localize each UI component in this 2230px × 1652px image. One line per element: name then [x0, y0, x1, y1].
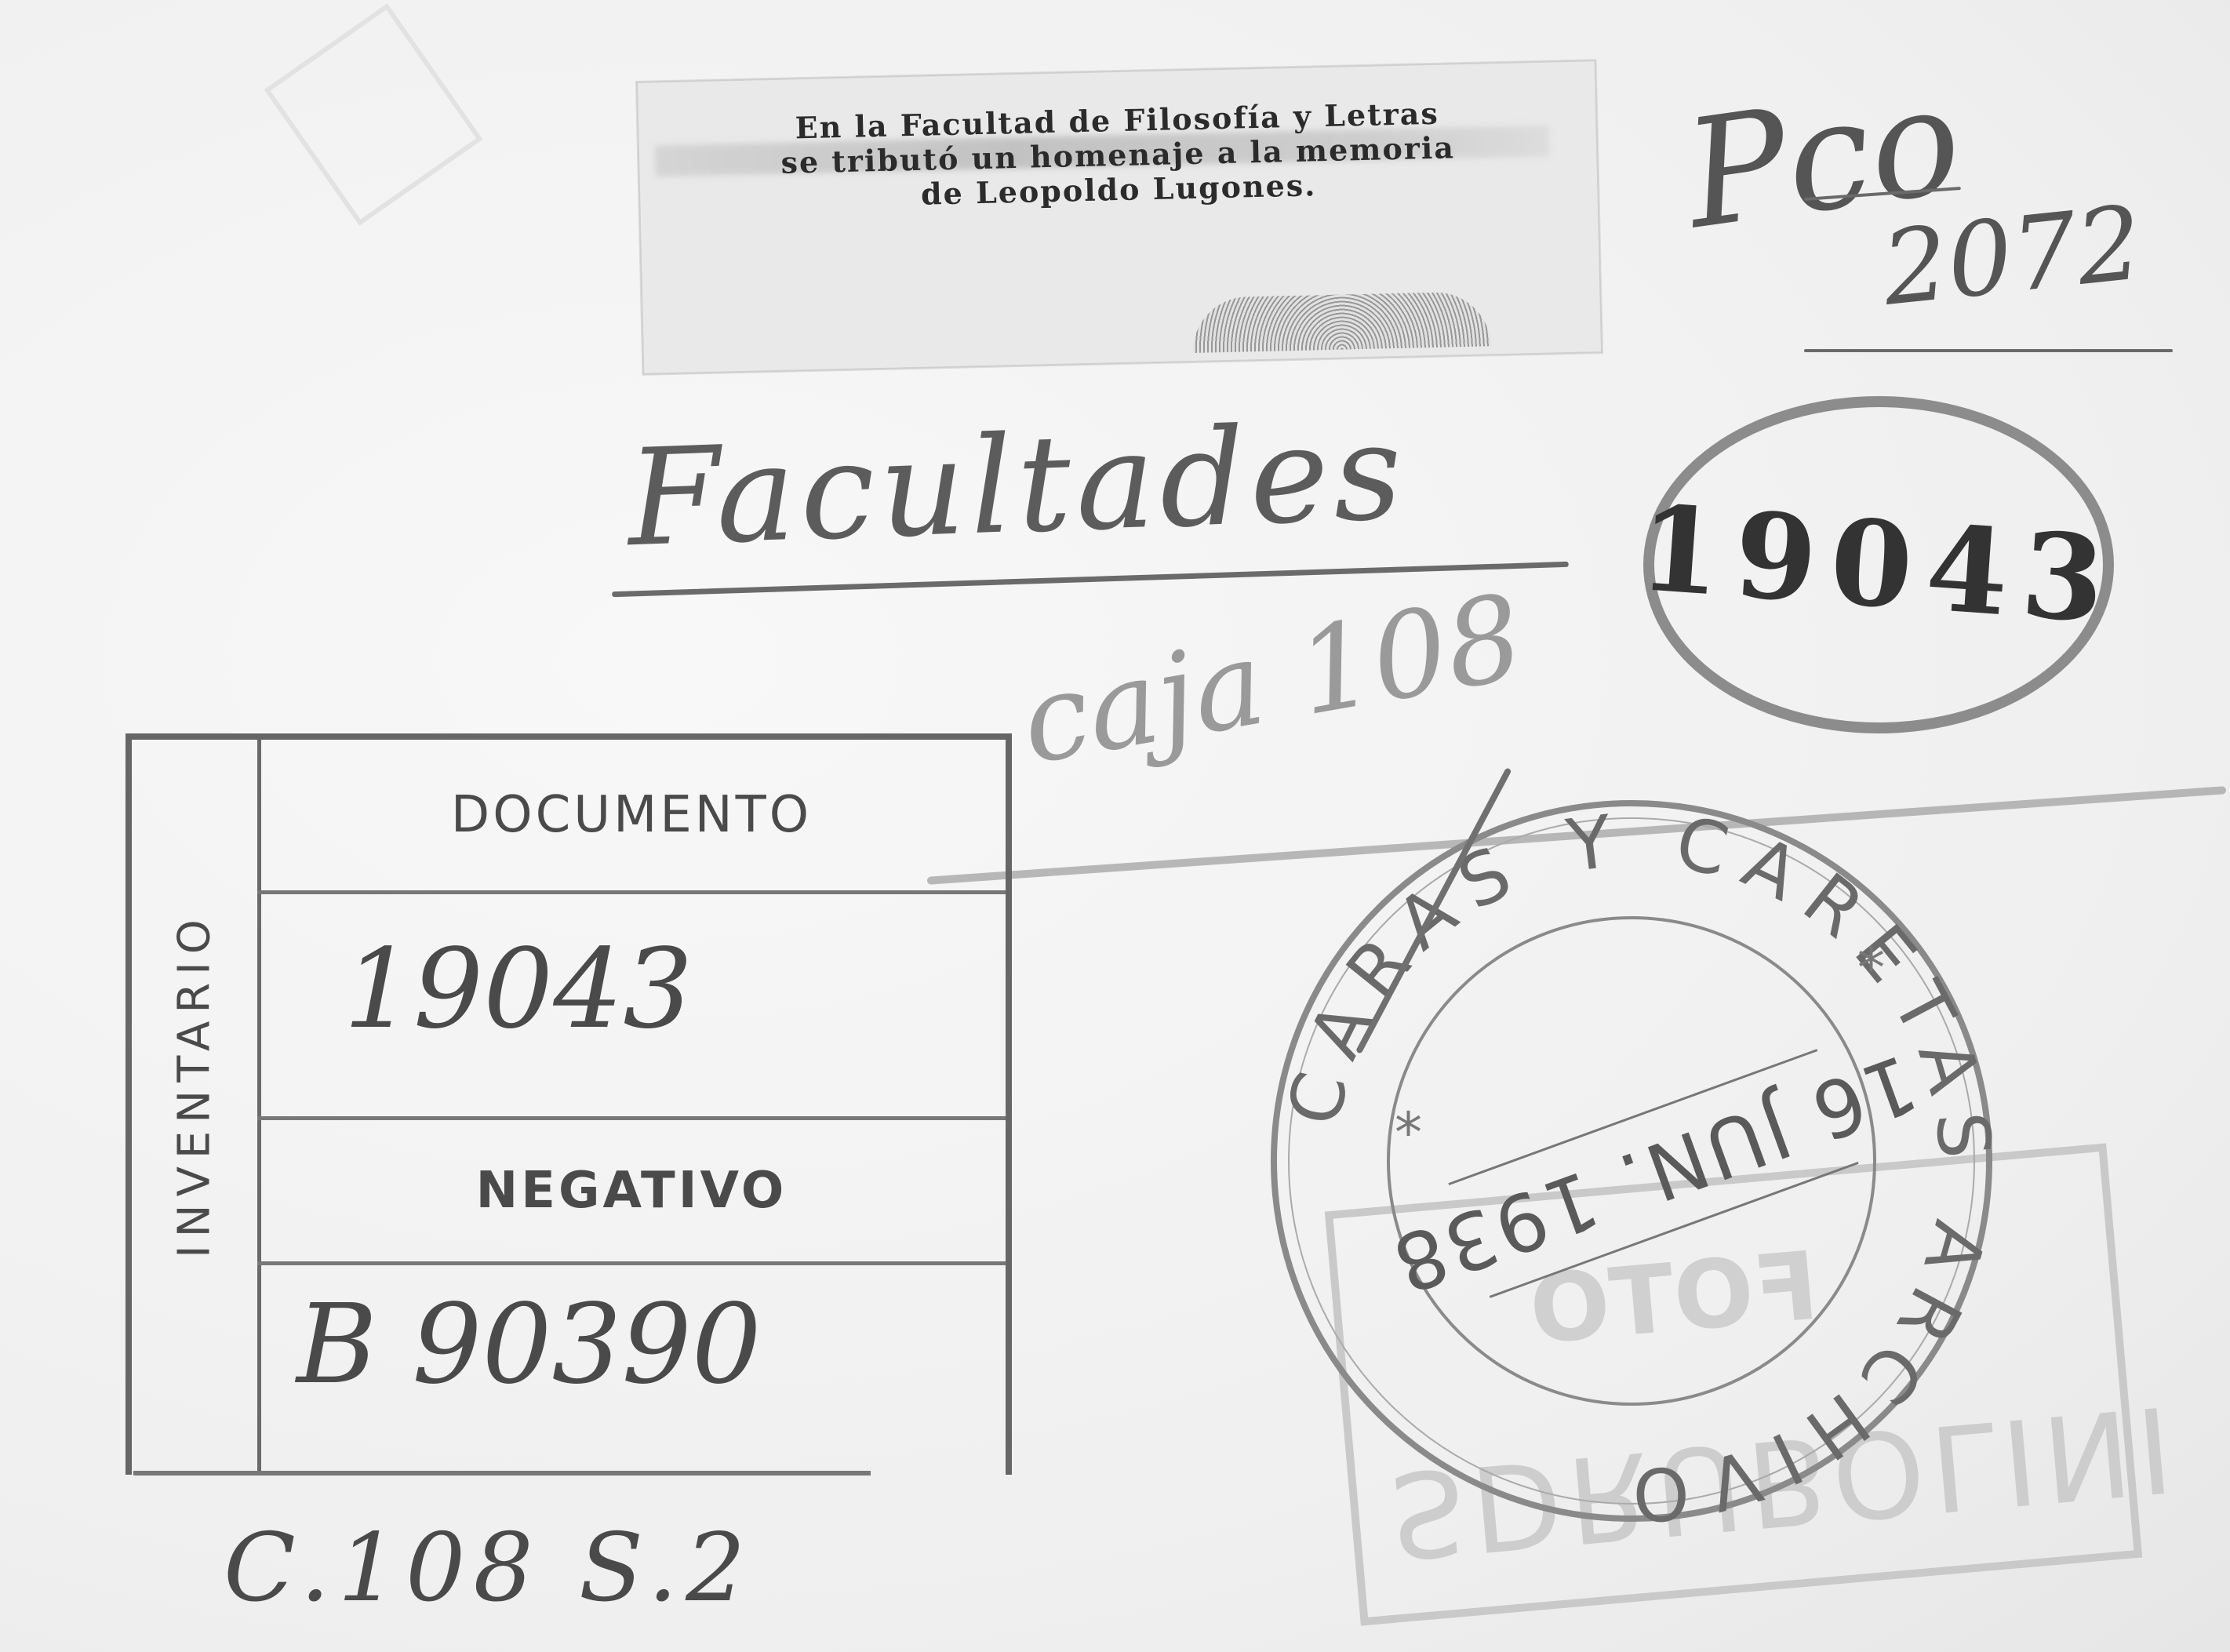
document-label: DOCUMENTO [257, 740, 1006, 890]
asterisk-icon: * [1395, 1101, 1422, 1165]
handwritten-category: Facultades [625, 395, 1409, 577]
inventory-bottom-line [133, 1471, 871, 1476]
negative-label: NEGATIVO [257, 1120, 1006, 1261]
document-value-row: 19043 [257, 894, 1006, 1120]
document-value: 19043 [344, 926, 693, 1053]
halftone-photo-fragment [1191, 291, 1490, 353]
inventory-side-column: INVENTARIO [132, 740, 261, 1475]
handwritten-location-code: C.108 S.2 [224, 1514, 753, 1623]
ref-number-underline [1804, 349, 2173, 352]
newspaper-clipping: En la Facultad de Filosofía y Letras se … [636, 60, 1602, 375]
archive-date-stamp: CARAS Y CARETAS ARCHIVO * * 16 JUN. 1938 [1271, 800, 1992, 1522]
oval-number-stamp: 19043 [1643, 396, 2114, 733]
inventory-stamp: INVENTARIO DOCUMENTO 19043 NEGATIVO B 90… [126, 733, 1012, 1475]
negative-header-row: NEGATIVO [257, 1120, 1006, 1265]
clipping-text: En la Facultad de Filosofía y Letras se … [638, 93, 1598, 218]
oval-stamp-number: 19043 [1635, 479, 2123, 650]
negative-value: B 90390 [296, 1281, 762, 1409]
inventory-side-label: INVENTARIO [169, 912, 220, 1258]
document-header-row: DOCUMENTO [257, 740, 1006, 894]
asterisk-icon: * [1857, 936, 1885, 1000]
